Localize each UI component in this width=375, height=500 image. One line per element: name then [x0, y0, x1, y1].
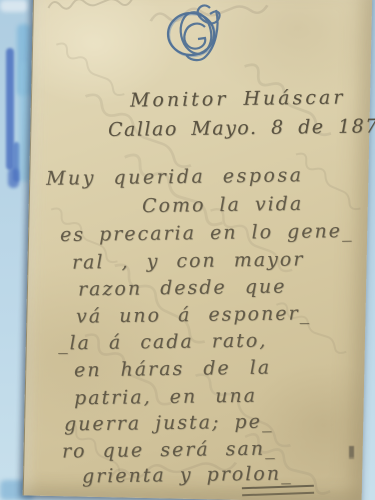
- letterhead-place-date: Callao Mayo. 8 de 1879.: [108, 115, 375, 141]
- body-line: guerra justa; pe_: [64, 411, 274, 436]
- body-line: en háras de la: [74, 357, 271, 382]
- body-line: patria, en una: [74, 385, 257, 410]
- body-line: vá uno á esponer_: [76, 302, 311, 327]
- body-line: ro que será san_: [62, 438, 277, 463]
- monogram-icon: [158, 0, 230, 64]
- photo-of-handwritten-letter: Monitor Huáscar Callao Mayo. 8 de 1879. …: [0, 0, 375, 500]
- salutation-line: Muy querida esposa: [46, 164, 304, 190]
- backdrop-highlight: [0, 0, 28, 12]
- light-blue-paint-streak: [19, 62, 30, 182]
- body-line: es precaria en lo gene_: [60, 220, 354, 246]
- body-line: grienta y prolon_: [82, 463, 293, 488]
- letterhead-ship-name: Monitor Huáscar: [130, 86, 346, 111]
- blue-paint-streak: [8, 168, 19, 188]
- body-line: ral , y con mayor: [72, 248, 305, 273]
- body-line: _la á cada rato,: [58, 330, 268, 355]
- body-line: razon desde que: [78, 276, 287, 301]
- body-line: Como la vida: [142, 193, 304, 217]
- paper-edge-stamp-mark: [349, 446, 354, 457]
